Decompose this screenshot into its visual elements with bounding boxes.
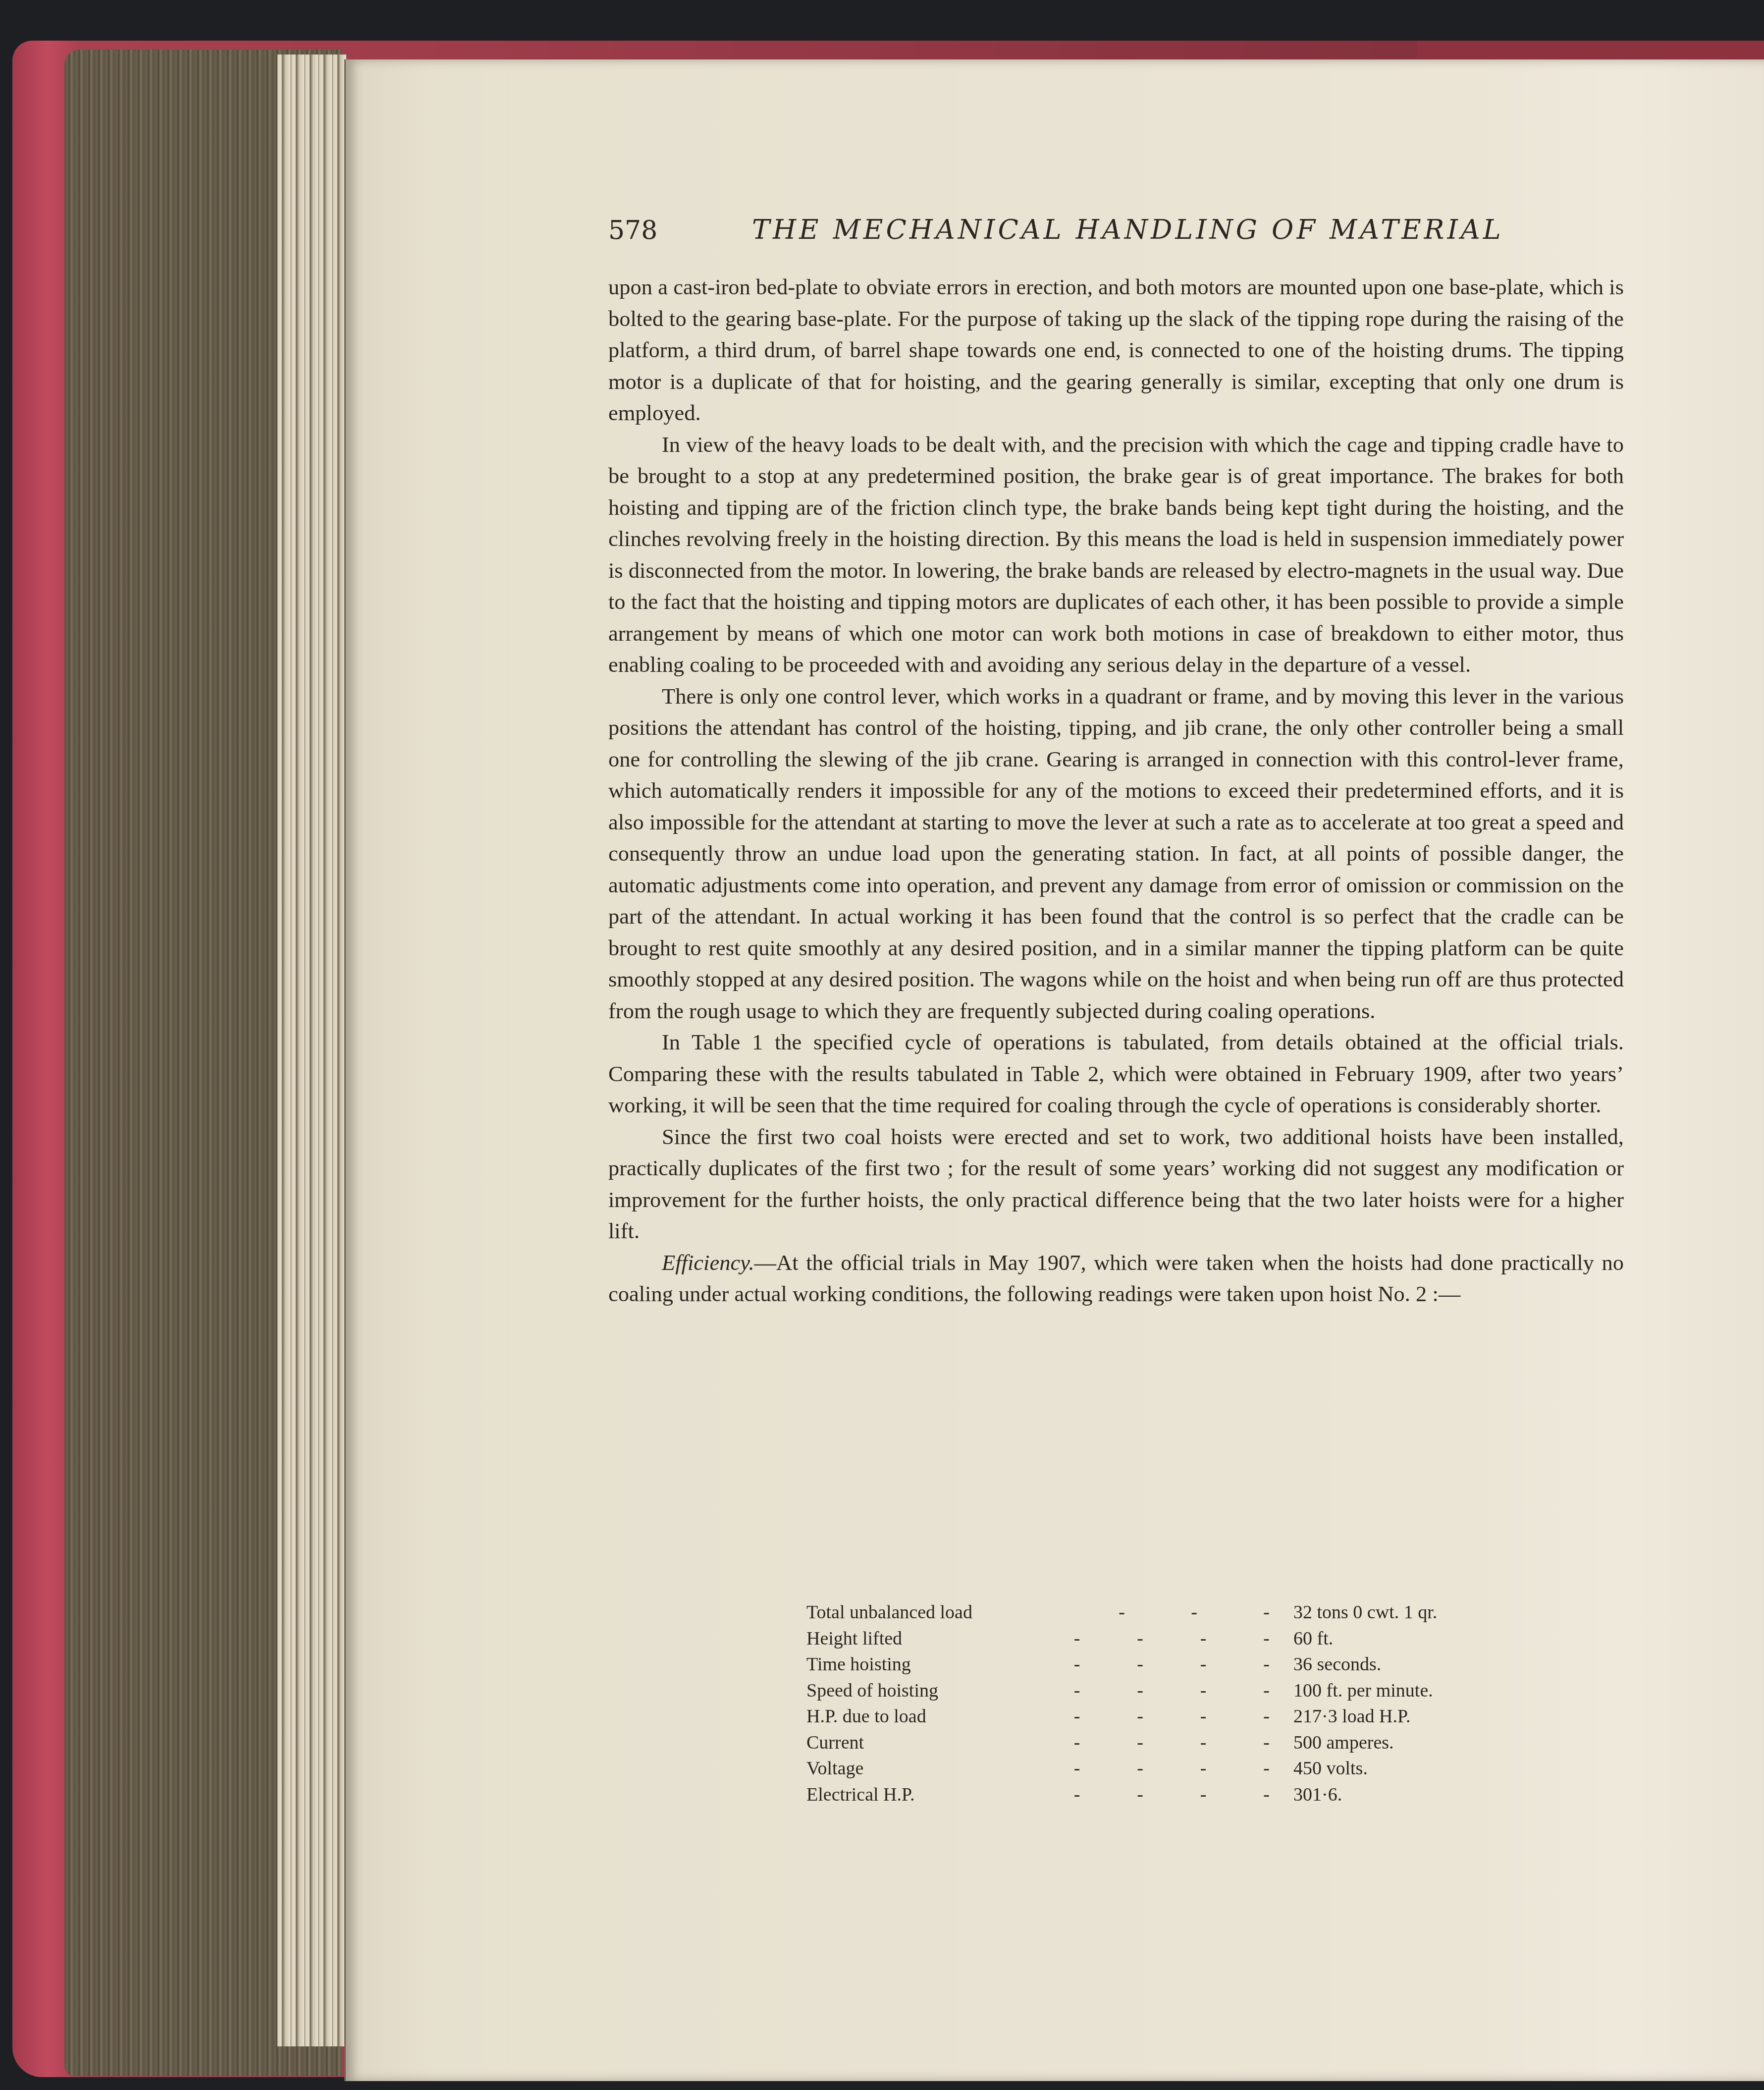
- reading-label: Height lifted: [806, 1628, 1017, 1650]
- leader-dot: -: [1017, 1680, 1080, 1702]
- leader-dot: -: [1080, 1732, 1144, 1754]
- leader-dot: -: [1125, 1601, 1197, 1623]
- leader-dot: -: [1143, 1758, 1207, 1779]
- leader-dot: -: [1143, 1705, 1207, 1727]
- leader-dots: ----: [1017, 1653, 1270, 1675]
- reading-row: Total unbalanced load---32 tons 0 cwt. 1…: [806, 1601, 1450, 1628]
- leader-dot: -: [1143, 1732, 1207, 1754]
- leader-dots: ----: [1017, 1705, 1270, 1727]
- reading-value: 36 seconds.: [1270, 1653, 1381, 1675]
- leader-dot: -: [1017, 1653, 1080, 1675]
- leader-dot: -: [1207, 1680, 1270, 1702]
- reading-label: H.P. due to load: [806, 1705, 1017, 1727]
- reading-label: Voltage: [806, 1758, 1017, 1779]
- reading-row: H.P. due to load----217·3 load H.P.: [806, 1705, 1450, 1732]
- running-title: THE MECHANICAL HANDLING OF MATERIAL: [752, 214, 1504, 245]
- reading-label: Speed of hoisting: [806, 1680, 1017, 1702]
- leader-dot: -: [1143, 1653, 1207, 1675]
- book-cover-top-edge: [1417, 41, 1764, 60]
- body-text: upon a cast-iron bed-plate to obviate er…: [608, 272, 1624, 1310]
- leader-dot: -: [1080, 1628, 1144, 1650]
- leader-dot: -: [1053, 1601, 1125, 1623]
- reading-value: 32 tons 0 cwt. 1 qr.: [1270, 1601, 1437, 1623]
- reading-label: Time hoisting: [806, 1653, 1017, 1675]
- leader-dot: -: [1143, 1680, 1207, 1702]
- paragraph: In Table 1 the specified cycle of operat…: [608, 1027, 1624, 1121]
- reading-value: 500 amperes.: [1270, 1732, 1394, 1754]
- leader-dot: -: [1207, 1705, 1270, 1727]
- paragraph-efficiency: Efficiency.—At the official trials in Ma…: [608, 1247, 1624, 1310]
- leader-dot: -: [1017, 1784, 1080, 1806]
- reading-row: Current----500 amperes.: [806, 1732, 1450, 1758]
- leader-dots: ---: [1017, 1601, 1270, 1623]
- readings-table: Total unbalanced load---32 tons 0 cwt. 1…: [806, 1601, 1450, 1810]
- reading-value: 301·6.: [1270, 1784, 1342, 1806]
- page-stack-inner-edges: [277, 55, 347, 2046]
- leader-dot: -: [1207, 1732, 1270, 1754]
- leader-dots: ----: [1017, 1784, 1270, 1806]
- reading-row: Voltage----450 volts.: [806, 1758, 1450, 1784]
- paragraph: In view of the heavy loads to be dealt w…: [608, 429, 1624, 681]
- leader-dot: -: [1080, 1653, 1144, 1675]
- paragraph: There is only one control lever, which w…: [608, 681, 1624, 1027]
- leader-dot: -: [1080, 1680, 1144, 1702]
- reading-value: 100 ft. per minute.: [1270, 1680, 1433, 1702]
- reading-row: Height lifted----60 ft.: [806, 1628, 1450, 1654]
- reading-label: Total unbalanced load: [806, 1601, 1017, 1623]
- leader-dot: -: [1080, 1758, 1144, 1779]
- leader-dot: -: [1207, 1784, 1270, 1806]
- page-number: 578: [608, 216, 752, 245]
- leader-dot: -: [1017, 1705, 1080, 1727]
- running-head: 578 THE MECHANICAL HANDLING OF MATERIAL: [608, 214, 1619, 254]
- reading-row: Time hoisting----36 seconds.: [806, 1653, 1450, 1680]
- leader-dots: ----: [1017, 1732, 1270, 1754]
- reading-value: 450 volts.: [1270, 1758, 1368, 1779]
- efficiency-text: —At the official trials in May 1907, whi…: [608, 1250, 1624, 1307]
- reading-label: Electrical H.P.: [806, 1784, 1017, 1806]
- leader-dot: -: [1080, 1705, 1144, 1727]
- leader-dots: ----: [1017, 1680, 1270, 1702]
- leader-dot: -: [1080, 1784, 1144, 1806]
- leader-dot: -: [1207, 1653, 1270, 1675]
- leader-dots: ----: [1017, 1628, 1270, 1650]
- leader-dot: -: [1207, 1628, 1270, 1650]
- leader-dot: -: [1143, 1784, 1207, 1806]
- reading-value: 217·3 load H.P.: [1270, 1705, 1410, 1727]
- leader-dot: -: [1207, 1758, 1270, 1779]
- leader-dots: ----: [1017, 1758, 1270, 1779]
- efficiency-heading: Efficiency.: [662, 1250, 754, 1275]
- leader-dot: -: [1197, 1601, 1270, 1623]
- leader-dot: -: [1017, 1758, 1080, 1779]
- reading-value: 60 ft.: [1270, 1628, 1333, 1650]
- leader-dot: -: [1143, 1628, 1207, 1650]
- reading-row: Electrical H.P.----301·6.: [806, 1784, 1450, 1810]
- reading-label: Current: [806, 1732, 1017, 1754]
- leader-dot: -: [1017, 1732, 1080, 1754]
- paragraph: upon a cast-iron bed-plate to obviate er…: [608, 272, 1624, 429]
- paragraph: Since the first two coal hoists were ere…: [608, 1121, 1624, 1247]
- reading-row: Speed of hoisting----100 ft. per minute.: [806, 1680, 1450, 1706]
- leader-dot: -: [1017, 1628, 1080, 1650]
